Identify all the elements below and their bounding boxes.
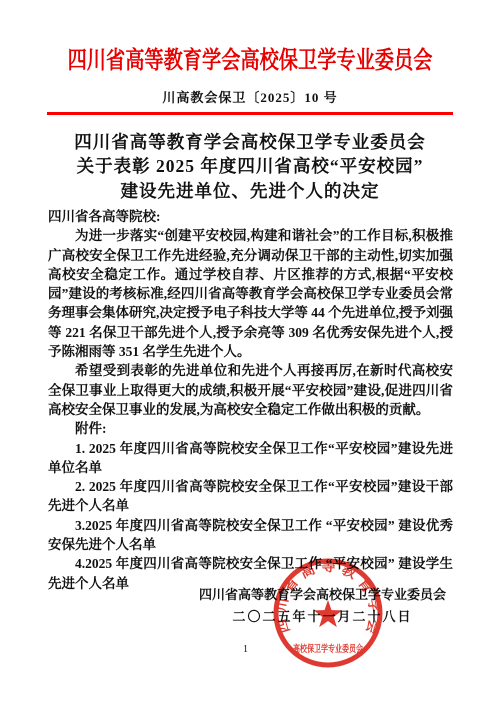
attachment-item: 3.2025 年度四川省高等院校安全保卫工作 “平安校园” 建设优秀安保先进个人… — [48, 516, 453, 555]
attachment-item: 2. 2025 年度四川省高等院校安全保卫工作“平安校园”建设干部先进个人名单 — [48, 477, 453, 516]
seal-inner-text: 高校保卫学专业委员会 — [293, 643, 363, 655]
signature-org: 四川省高等教育学会高校保卫学专业委员会 — [199, 584, 446, 606]
document-title-line1: 四川省高等教育学会高校保卫学专业委员会 — [0, 130, 500, 155]
red-divider-rule — [47, 112, 453, 115]
attachment-item: 1. 2025 年度四川省高等院校安全保卫工作“平安校园”建设先进单位名单 — [48, 439, 453, 478]
page-number: 1 — [243, 644, 248, 656]
red-header-org-title-text: 四川省高等教育学会高校保卫学专业委员会 — [68, 47, 433, 76]
doc-number: 川高教会保卫〔2025〕10 号 — [0, 90, 500, 105]
signature-block: 四川省高等教育学会高校保卫学专业委员会 二〇二五年十一月二十八日 — [199, 584, 446, 628]
document-body: 四川省各高等院校: 为进一步落实“创建平安校园,构建和谐社会”的工作目标,积极推… — [48, 207, 453, 593]
body-paragraph: 希望受到表彰的先进单位和先进个人再接再厉,在新时代高校安全保卫事业上取得更大的成… — [48, 361, 453, 419]
document-page: 四川省高等教育学会高校保卫学专业委员会 川高教会保卫〔2025〕10 号 四川省… — [0, 0, 500, 707]
signature-date: 二〇二五年十一月二十八日 — [199, 606, 446, 628]
document-title: 四川省高等教育学会高校保卫学专业委员会 关于表彰 2025 年度四川省高校“平安… — [0, 130, 500, 204]
red-header-org-title: 四川省高等教育学会高校保卫学专业委员会 — [0, 47, 500, 76]
body-paragraph: 为进一步落实“创建平安校园,构建和谐社会”的工作目标,积极推广高校安全保卫工作先… — [48, 226, 453, 361]
attachments-label: 附件: — [48, 419, 453, 438]
document-title-line3: 建设先进单位、先进个人的决定 — [0, 179, 500, 204]
salutation: 四川省各高等院校: — [48, 207, 453, 226]
document-title-line2: 关于表彰 2025 年度四川省高校“平安校园” — [0, 154, 500, 179]
